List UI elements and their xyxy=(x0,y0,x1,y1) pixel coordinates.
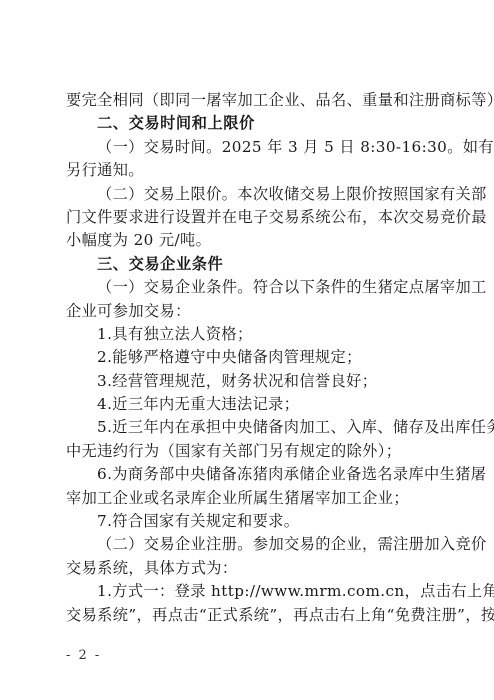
paragraph-line: （一）交易企业条件。符合以下条件的生猪定点屠宰加工 xyxy=(66,276,432,299)
document-page: 要完全相同（即同一屠宰加工企业、品名、重量和注册商标等）。 二、交易时间和上限价… xyxy=(66,89,432,627)
page-number: - 2 - xyxy=(66,648,101,663)
list-item: 4.近三年内无重大违法记录； xyxy=(66,393,432,416)
list-item: 5.近三年内在承担中央储备肉加工、入库、储存及出库任务 xyxy=(66,416,432,439)
list-item-continuation: 中无违约行为（国家有关部门另有规定的除外）； xyxy=(66,440,432,463)
paragraph-line: 另行通知。 xyxy=(66,159,432,182)
section-heading-trading-time: 二、交易时间和上限价 xyxy=(66,112,432,135)
list-item: 6.为商务部中央储备冻猪肉承储企业备选名录库中生猪屠 xyxy=(66,463,432,486)
paragraph-line: （一）交易时间。2025 年 3 月 5 日 8:30-16:30。如有变化， xyxy=(66,136,432,159)
list-item-with-link: 1.方式一：登录 http://www.mrm.com.cn，点击右上角“竞价 xyxy=(66,580,432,603)
paragraph-line: 要完全相同（即同一屠宰加工企业、品名、重量和注册商标等）。 xyxy=(66,89,432,112)
list-item: 1.具有独立法人资格； xyxy=(66,323,432,346)
paragraph-line: 门文件要求进行设置并在电子交易系统公布，本次交易竞价最 xyxy=(66,206,432,229)
list-item: 7.符合国家有关规定和要求。 xyxy=(66,510,432,533)
paragraph-line: （二）交易企业注册。参加交易的企业，需注册加入竞价 xyxy=(66,533,432,556)
paragraph-line: 小幅度为 20 元/吨。 xyxy=(66,229,432,252)
list-item: 3.经营管理规范，财务状况和信誉良好； xyxy=(66,370,432,393)
paragraph-line: 企业可参加交易： xyxy=(66,300,432,323)
list-item-continuation: 交易系统”，再点击“正式系统”，再点击右上角“免费注册”，按 xyxy=(66,604,432,627)
list-item-continuation: 宰加工企业或名录库企业所属生猪屠宰加工企业； xyxy=(66,487,432,510)
list-item: 2.能够严格遵守中央储备肉管理规定； xyxy=(66,346,432,369)
section-heading-enterprise-conditions: 三、交易企业条件 xyxy=(66,253,432,276)
paragraph-line: 交易系统，具体方式为： xyxy=(66,557,432,580)
paragraph-line: （二）交易上限价。本次收储交易上限价按照国家有关部 xyxy=(66,183,432,206)
